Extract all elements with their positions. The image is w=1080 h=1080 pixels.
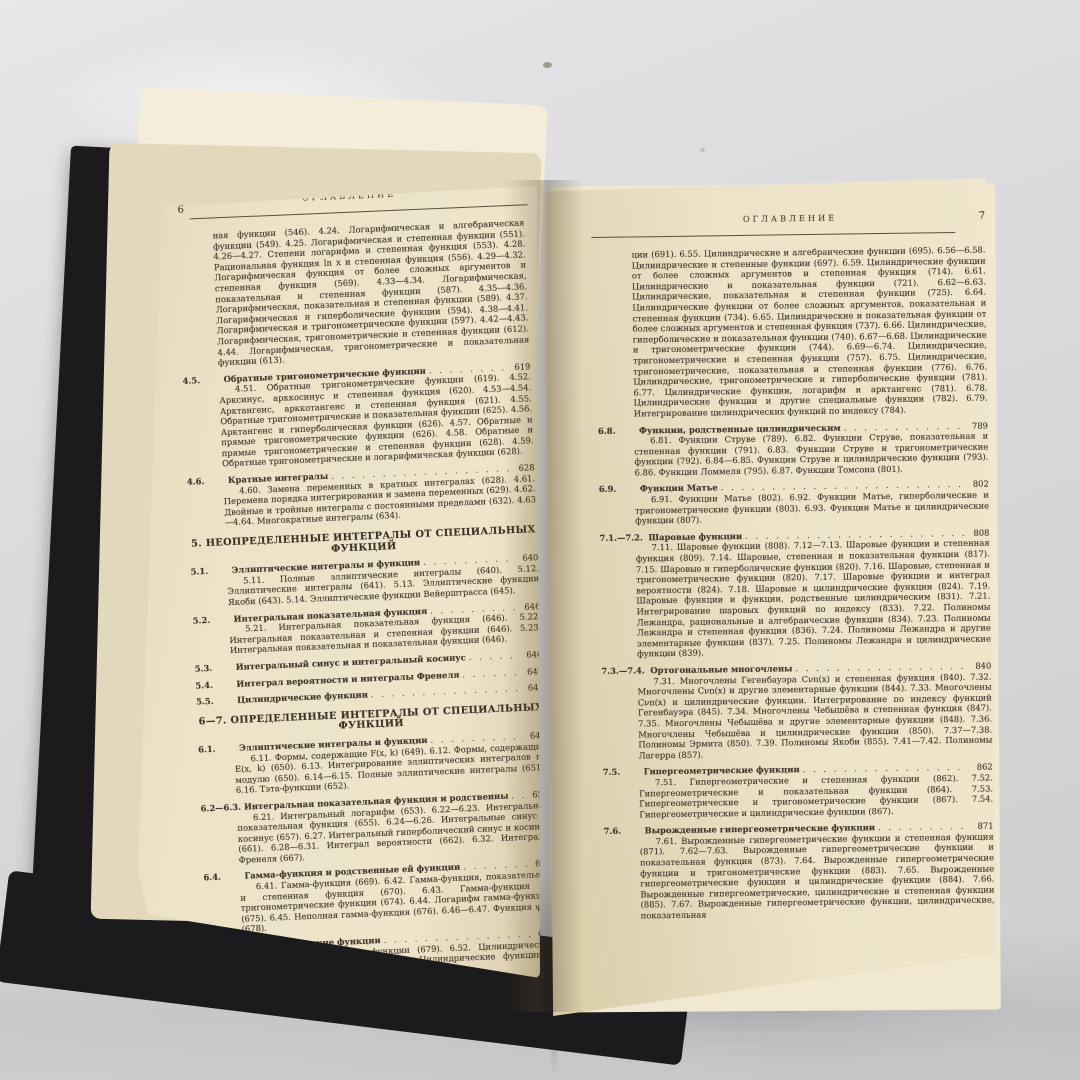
section-id: 6.2—6.3.: [200, 802, 244, 814]
section-page-ref: 802: [965, 479, 989, 490]
section-page-ref: 862: [969, 762, 993, 773]
section-page-ref: 840: [967, 660, 991, 671]
section-id: 5.2.: [192, 614, 233, 626]
right-running-head-row: ОГЛАВЛЕНИЕ 7: [595, 211, 985, 242]
toc-continuation-paragraph: ции (691). 6.55. Цилиндрические и алгебр…: [631, 245, 987, 419]
section-id: 6.8.: [598, 425, 639, 436]
section-body: 7.61. Вырожденные гипергеометрические фу…: [640, 831, 995, 921]
toc-section: 7.5. Гипергеометрические функции . . . .…: [603, 762, 994, 820]
running-head: ОГЛАВЛЕНИЕ: [595, 211, 985, 227]
section-page-ref: 628: [510, 462, 534, 474]
toc-section: 5.2. Интегральная показательная функция …: [192, 601, 541, 658]
dot-leader: . . . . . . . . . . . . . . . . . . . . …: [459, 667, 519, 680]
dot-leader: . . . . . . . . . . . . . . . . . . . . …: [508, 790, 525, 801]
book-page-left: ОГЛАВЛЕНИЕ 6 ная функции (546). 4.24. Ло…: [138, 186, 540, 978]
section-page-ref: 789: [964, 420, 988, 431]
section-title: Интеграл вероятности и интегралы Френеля: [236, 669, 459, 689]
section-id: 5.1.: [190, 565, 231, 577]
section-id: 4.5.: [182, 374, 223, 386]
section-id: 7.3.—7.4.: [601, 665, 650, 676]
toc-section: 4.6. Кратные интегралы . . . . . . . . .…: [187, 462, 537, 529]
toc-section: 6.2—6.3. Интегральная показательная функ…: [200, 789, 550, 867]
page-number: 7: [979, 212, 986, 223]
toc-section: 7.1.—7.2. Шаровые функции . . . . . . . …: [599, 527, 991, 660]
dot-leader: . . . . . . . . . . . . . . . . . . . . …: [465, 650, 518, 663]
section-id: 7.5.: [603, 767, 644, 778]
section-id: 5.5.: [196, 695, 237, 707]
section-id: 4.6.: [187, 475, 228, 487]
section-id: 7.1.—7.2.: [599, 532, 648, 543]
toc-section: 5.1. Эллиптические интегралы и функции .…: [190, 552, 539, 609]
section-page-ref: 871: [969, 821, 993, 832]
toc-section: 6.4. Гамма-функция и родственные ей функ…: [203, 858, 553, 936]
section-id: 5.4.: [195, 678, 236, 690]
section-id: 6.4.: [203, 871, 244, 883]
toc-section: 6.9. Функции Матье . . . . . . . . . . .…: [599, 479, 990, 527]
section-body: 6.91. Функции Матье (802). 6.92. Функции…: [635, 490, 989, 527]
section-id: 5.3.: [195, 662, 236, 674]
surface-speck: [543, 62, 552, 68]
section-title: Цилиндрические функции: [237, 690, 368, 706]
toc-section: 6.8. Функции, родственные цилиндрическим…: [598, 420, 989, 478]
toc-section: 7.6. Вырожденные гипергеометрические фун…: [604, 821, 995, 922]
toc-continuation-paragraph: ная функции (546). 4.24. Логарифмическая…: [212, 217, 529, 368]
section-body: 4.51. Обратные тригонометрические функци…: [219, 372, 534, 470]
section-page-ref: 640: [514, 552, 538, 564]
section-id: 6.9.: [599, 484, 640, 495]
section-body: 6.81. Функции Струве (789). 6.82. Функци…: [634, 431, 989, 478]
book-page-right: ОГЛАВЛЕНИЕ 7 ции (691). 6.55. Цилиндриче…: [545, 178, 997, 1016]
running-head-rule: [591, 232, 955, 238]
left-page-column: ОГЛАВЛЕНИЕ 6 ная функции (546). 4.24. Ло…: [175, 183, 556, 984]
section-body: 7.31. Многочлены Гегенбауэра Cνn(x) и ст…: [637, 671, 992, 761]
page-number: 6: [177, 206, 184, 217]
toc-section: 4.5. Обратные тригонометрические функции…: [182, 361, 534, 471]
right-page-column: ОГЛАВЛЕНИЕ 7 ции (691). 6.55. Цилиндриче…: [595, 211, 995, 922]
running-head-rule: [190, 204, 528, 219]
section-id: 7.6.: [604, 826, 645, 837]
section-id: 6.1.: [198, 743, 239, 755]
toc-section: 6.1. Эллиптические интегралы и функции .…: [198, 730, 548, 797]
toc-section: 7.3.—7.4. Ортогональные многочлены . . .…: [601, 660, 992, 761]
dot-leader: . . . . . . . . . . . . . . . . . . . . …: [368, 683, 520, 700]
section-body: 7.51. Гипергеометрические и степенная фу…: [639, 772, 994, 819]
section-body: 7.11. Шаровые функции (808). 7.12—7.13. …: [636, 538, 992, 659]
surface-speck: [700, 148, 705, 152]
